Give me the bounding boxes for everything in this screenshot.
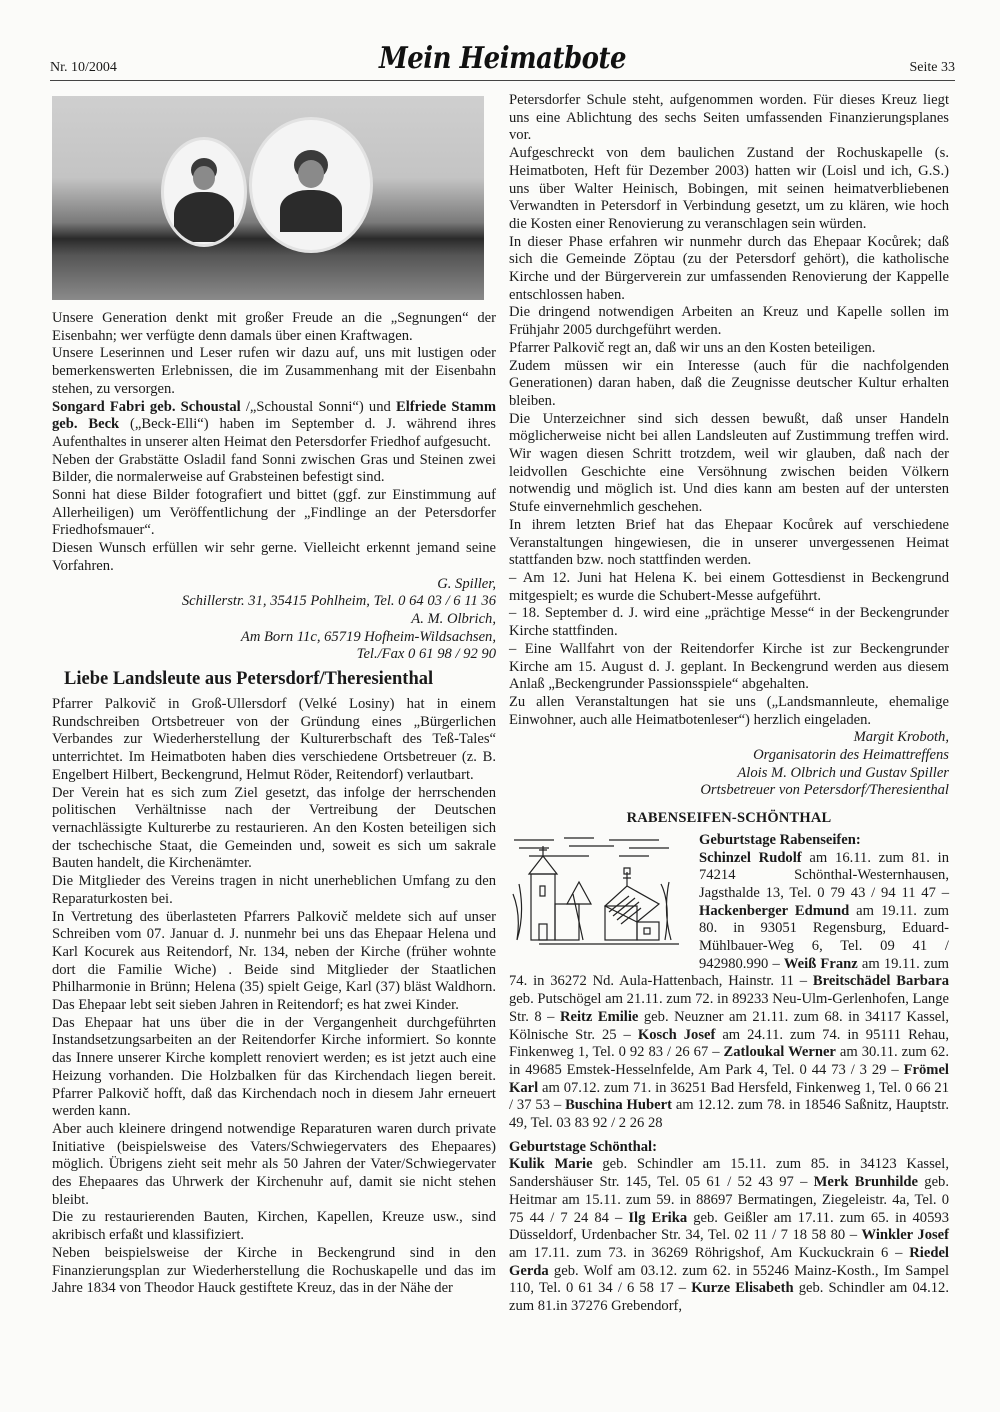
paragraph: Diesen Wunsch erfüllen wir sehr gerne. V… <box>52 540 496 575</box>
right-column: Petersdorfer Schule steht, aufgenommen w… <box>509 92 949 1316</box>
grave-portraits-photo <box>52 96 484 300</box>
paragraph: Petersdorfer Schule steht, aufgenommen w… <box>509 92 949 145</box>
paragraph: In dieser Phase erfahren wir nunmehr dur… <box>509 234 949 305</box>
portrait-woman <box>252 120 370 250</box>
paragraph: Die zu restaurierenden Bauten, Kirchen, … <box>52 1209 496 1244</box>
portrait-man <box>164 140 244 244</box>
paragraph: – 18. September d. J. wird eine „prächti… <box>509 605 949 640</box>
section-heading: Liebe Landsleute aus Petersdorf/Theresie… <box>64 668 496 690</box>
paragraph: Aber auch kleinere dringend notwendige R… <box>52 1121 496 1210</box>
paragraph: Unsere Generation denkt mit großer Freud… <box>52 310 496 345</box>
paragraph: Songard Fabri geb. Schoustal /„Schoustal… <box>52 399 496 452</box>
signature-block: Margit Kroboth, Organisatorin des Heimat… <box>509 729 949 800</box>
paragraph: Der Verein hat es sich zum Ziel gesetzt,… <box>52 785 496 874</box>
birthday-list-schoenthal: Kulik Marie geb. Schindler am 15.11. zum… <box>509 1156 949 1315</box>
paragraph: Aufgeschreckt von dem baulichen Zustand … <box>509 145 949 234</box>
paragraph: In ihrem letzten Brief hat das Ehepaar K… <box>509 517 949 570</box>
church-sketch-icon <box>509 834 689 952</box>
paragraph: Das Ehepaar hat uns über die in der Verg… <box>52 1015 496 1121</box>
paragraph: Zudem müssen wir ein Interesse (auch für… <box>509 358 949 411</box>
paragraph: Pfarrer Palkovič regt an, daß wir uns an… <box>509 340 949 358</box>
birthday-subheading: Geburtstage Schönthal: <box>509 1139 949 1157</box>
paragraph: Die Mitglieder des Vereins tragen in nic… <box>52 873 496 908</box>
left-column: Unsere Generation denkt mit großer Freud… <box>52 96 496 1298</box>
paragraph: In Vertretung des überlasteten Pfarrers … <box>52 909 496 1015</box>
masthead-logo: Mein Heimatbote <box>50 42 955 77</box>
paragraph: Sonni hat diese Bilder fotografiert und … <box>52 487 496 540</box>
page-header: Nr. 10/2004 Mein Heimatbote Seite 33 <box>50 40 955 81</box>
paragraph: Unsere Leserinnen und Leser rufen wir da… <box>52 345 496 398</box>
paragraph: Die dringend notwendigen Arbeiten an Kre… <box>509 304 949 339</box>
paragraph: – Eine Wallfahrt von der Reitendorfer Ki… <box>509 641 949 694</box>
paragraph: Neben beispielsweise der Kirche in Becke… <box>52 1245 496 1298</box>
paragraph: – Am 12. Juni hat Helena K. bei einem Go… <box>509 570 949 605</box>
paragraph: Zu allen Veranstaltungen hat sie uns („L… <box>509 694 949 729</box>
signature-block: G. Spiller, Schillerstr. 31, 35415 Pohlh… <box>52 576 496 665</box>
paragraph: Pfarrer Palkovič in Groß-Ullersdorf (Vel… <box>52 696 496 785</box>
town-heading: RABENSEIFEN-SCHÖNTHAL <box>509 810 949 828</box>
paragraph: Die Unterzeichner sind sich dessen bewuß… <box>509 411 949 517</box>
paragraph: Neben der Grabstätte Osladil fand Sonni … <box>52 452 496 487</box>
page-number: Seite 33 <box>910 60 956 76</box>
